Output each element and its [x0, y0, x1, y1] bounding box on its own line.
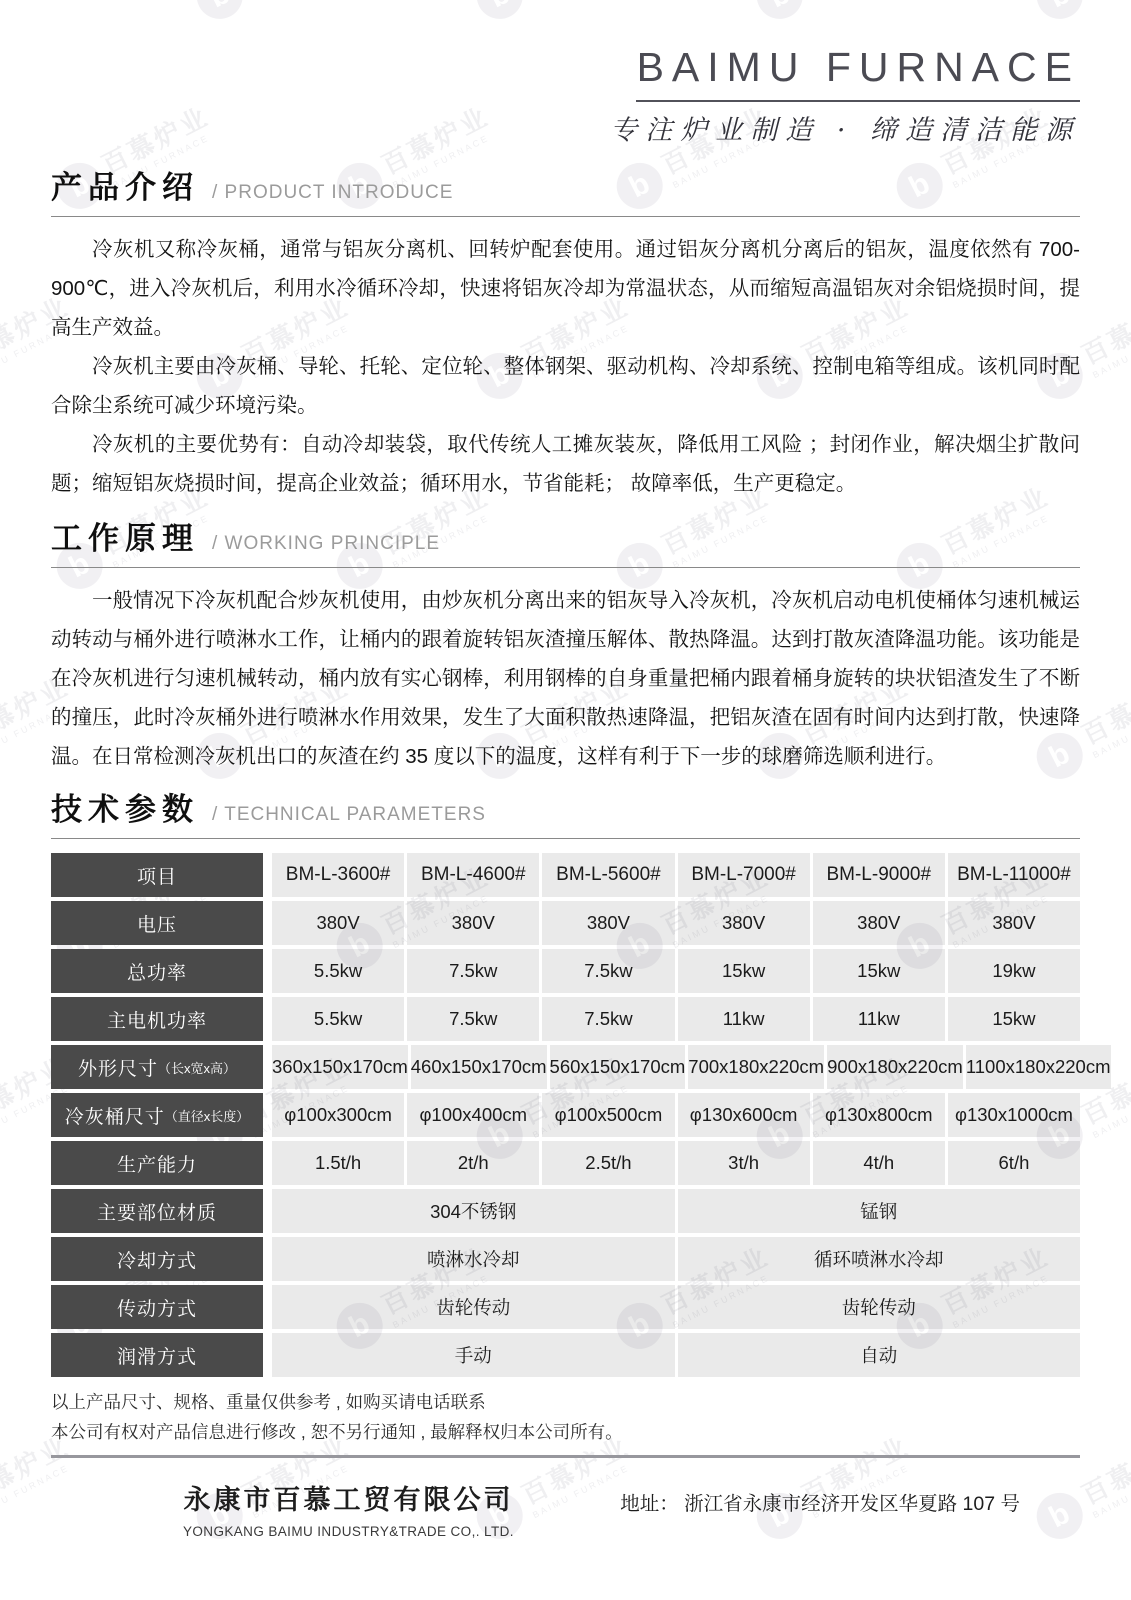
table-note-2: 本公司有权对产品信息进行修改 , 恕不另行通知 , 最解释权归本公司所有。 [51, 1417, 1080, 1447]
value-cell: 11kw [678, 997, 810, 1041]
value-cell: 380V [678, 901, 810, 945]
section-working-principle: 工作原理 / WORKING PRINCIPLE 一般情况下冷灰机配合炒灰机使用… [51, 513, 1080, 776]
row-label: 冷灰桶尺寸（直径x长度） [51, 1093, 263, 1137]
section-title-en: / TECHNICAL PARAMETERS [212, 804, 486, 826]
section-product-introduce: 产品介绍 / PRODUCT INTRODUCE 冷灰机又称冷灰桶，通常与铝灰分… [51, 162, 1080, 503]
brand-tagline: 专注炉业制造 · 缔造清洁能源 [51, 108, 1080, 147]
model-header-cell: BM-L-7000# [678, 853, 810, 897]
value-cell: 380V [542, 901, 674, 945]
value-cell: 900x180x220cm [827, 1045, 963, 1089]
table-row: 外形尺寸（长x宽x高）360x150x170cm460x150x170cm560… [51, 1045, 1080, 1089]
intro-paragraph-1: 冷灰机又称冷灰桶，通常与铝灰分离机、回转炉配套使用。通过铝灰分离机分离后的铝灰，… [51, 230, 1080, 347]
parameters-table: 项目BM-L-3600#BM-L-4600#BM-L-5600#BM-L-700… [51, 853, 1080, 1377]
principle-text: 一般情况下冷灰机配合炒灰机使用，由炒灰机分离出来的铝灰导入冷灰机，冷灰机启动电机… [51, 581, 1080, 776]
value-cell: 2.5t/h [542, 1141, 674, 1185]
content: BAIMU FURNACE 专注炉业制造 · 缔造清洁能源 产品介绍 / PRO… [0, 0, 1131, 1600]
row-label: 润滑方式 [51, 1333, 263, 1377]
brand-name: BAIMU FURNACE [51, 44, 1080, 91]
value-cell: 3t/h [678, 1141, 810, 1185]
section-title-en: / WORKING PRINCIPLE [212, 533, 440, 555]
value-cell: 2t/h [407, 1141, 539, 1185]
value-cell: 7.5kw [407, 949, 539, 993]
value-cell: 11kw [813, 997, 945, 1041]
value-cell: 380V [813, 901, 945, 945]
row-label: 项目 [51, 853, 263, 897]
page-footer: 永康市百慕工贸有限公司 YONGKANG BAIMU INDUSTRY&TRAD… [51, 1455, 1080, 1539]
table-row: 润滑方式手动自动 [51, 1333, 1080, 1377]
model-header-cell: BM-L-4600# [407, 853, 539, 897]
table-row: 总功率5.5kw7.5kw7.5kw15kw15kw19kw [51, 949, 1080, 993]
intro-paragraph-2: 冷灰机主要由冷灰桶、导轮、托轮、定位轮、整体钢架、驱动机构、冷却系统、控制电箱等… [51, 347, 1080, 425]
table-row: 生产能力1.5t/h2t/h2.5t/h3t/h4t/h6t/h [51, 1141, 1080, 1185]
table-row: 项目BM-L-3600#BM-L-4600#BM-L-5600#BM-L-700… [51, 853, 1080, 897]
value-cell: 380V [272, 901, 404, 945]
page: b百慕炉业BAIMU FURNACEb百慕炉业BAIMU FURNACEb百慕炉… [0, 0, 1131, 1600]
value-cell: φ130x1000cm [948, 1093, 1080, 1137]
value-cell: 15kw [948, 997, 1080, 1041]
table-row: 电压380V380V380V380V380V380V [51, 901, 1080, 945]
row-label: 主电机功率 [51, 997, 263, 1041]
value-cell: 360x150x170cm [272, 1045, 408, 1089]
value-cell: φ100x400cm [407, 1093, 539, 1137]
row-label: 总功率 [51, 949, 263, 993]
row-label-note: （直径x长度） [165, 1106, 250, 1125]
value-cell: 1100x180x220cm [966, 1045, 1111, 1089]
row-label: 传动方式 [51, 1285, 263, 1329]
value-cell: 380V [407, 901, 539, 945]
value-cell: 7.5kw [542, 949, 674, 993]
value-cell: φ100x300cm [272, 1093, 404, 1137]
value-cell: 齿轮传动 [678, 1285, 1081, 1329]
value-cell: 自动 [678, 1333, 1081, 1377]
intro-paragraph-3: 冷灰机的主要优势有：自动冷却装袋，取代传统人工摊灰装灰，降低用工风险 ；封闭作业… [51, 425, 1080, 503]
section-title-technical-parameters: 技术参数 / TECHNICAL PARAMETERS [51, 784, 1080, 839]
table-row: 主电机功率5.5kw7.5kw7.5kw11kw11kw15kw [51, 997, 1080, 1041]
company-name-en: YONGKANG BAIMU INDUSTRY&TRADE CO,. LTD. [183, 1524, 514, 1539]
section-technical-parameters: 技术参数 / TECHNICAL PARAMETERS 项目BM-L-3600#… [51, 784, 1080, 1447]
section-title-cn: 产品介绍 [51, 162, 199, 207]
value-cell: 5.5kw [272, 949, 404, 993]
company-name-cn: 永康市百慕工贸有限公司 [183, 1478, 514, 1517]
model-header-cell: BM-L-9000# [813, 853, 945, 897]
model-header-cell: BM-L-5600# [542, 853, 674, 897]
row-label: 电压 [51, 901, 263, 945]
value-cell: 380V [948, 901, 1080, 945]
table-note-1: 以上产品尺寸、规格、重量仅供参考 , 如购买请电话联系 [51, 1387, 1080, 1417]
value-cell: 700x180x220cm [688, 1045, 824, 1089]
value-cell: 手动 [272, 1333, 675, 1377]
row-label: 外形尺寸（长x宽x高） [51, 1045, 263, 1089]
value-cell: 6t/h [948, 1141, 1080, 1185]
value-cell: φ130x600cm [678, 1093, 810, 1137]
model-header-cell: BM-L-3600# [272, 853, 404, 897]
model-header-cell: BM-L-11000# [948, 853, 1080, 897]
value-cell: 1.5t/h [272, 1141, 404, 1185]
table-notes: 以上产品尺寸、规格、重量仅供参考 , 如购买请电话联系 本公司有权对产品信息进行… [51, 1387, 1080, 1447]
value-cell: 7.5kw [407, 997, 539, 1041]
value-cell: 15kw [678, 949, 810, 993]
section-title-working-principle: 工作原理 / WORKING PRINCIPLE [51, 513, 1080, 568]
brand-divider [636, 100, 1080, 102]
company-block: 永康市百慕工贸有限公司 YONGKANG BAIMU INDUSTRY&TRAD… [183, 1478, 514, 1539]
row-label: 生产能力 [51, 1141, 263, 1185]
table-row: 冷灰桶尺寸（直径x长度）φ100x300cmφ100x400cmφ100x500… [51, 1093, 1080, 1137]
value-cell: φ100x500cm [542, 1093, 674, 1137]
value-cell: 19kw [948, 949, 1080, 993]
value-cell: 循环喷淋水冷却 [678, 1237, 1081, 1281]
row-label: 冷却方式 [51, 1237, 263, 1281]
value-cell: 4t/h [813, 1141, 945, 1185]
value-cell: 304不锈钢 [272, 1189, 675, 1233]
section-title-cn: 工作原理 [51, 513, 199, 558]
table-row: 传动方式齿轮传动齿轮传动 [51, 1285, 1080, 1329]
intro-text: 冷灰机又称冷灰桶，通常与铝灰分离机、回转炉配套使用。通过铝灰分离机分离后的铝灰，… [51, 230, 1080, 503]
row-label-note: （长x宽x高） [158, 1058, 236, 1077]
value-cell: 560x150x170cm [550, 1045, 686, 1089]
table-row: 冷却方式喷淋水冷却循环喷淋水冷却 [51, 1237, 1080, 1281]
brand-header: BAIMU FURNACE 专注炉业制造 · 缔造清洁能源 [51, 44, 1080, 147]
value-cell: 齿轮传动 [272, 1285, 675, 1329]
value-cell: 5.5kw [272, 997, 404, 1041]
value-cell: 460x150x170cm [411, 1045, 547, 1089]
row-label: 主要部位材质 [51, 1189, 263, 1233]
section-title-en: / PRODUCT INTRODUCE [212, 182, 453, 204]
value-cell: 喷淋水冷却 [272, 1237, 675, 1281]
value-cell: 7.5kw [542, 997, 674, 1041]
section-title-cn: 技术参数 [51, 784, 199, 829]
value-cell: 15kw [813, 949, 945, 993]
principle-paragraph: 一般情况下冷灰机配合炒灰机使用，由炒灰机分离出来的铝灰导入冷灰机，冷灰机启动电机… [51, 581, 1080, 776]
table-row: 主要部位材质304不锈钢锰钢 [51, 1189, 1080, 1233]
section-title-product-introduce: 产品介绍 / PRODUCT INTRODUCE [51, 162, 1080, 217]
company-address: 地址： 浙江省永康市经济开发区华夏路 107 号 [620, 1488, 1020, 1516]
value-cell: 锰钢 [678, 1189, 1081, 1233]
value-cell: φ130x800cm [813, 1093, 945, 1137]
